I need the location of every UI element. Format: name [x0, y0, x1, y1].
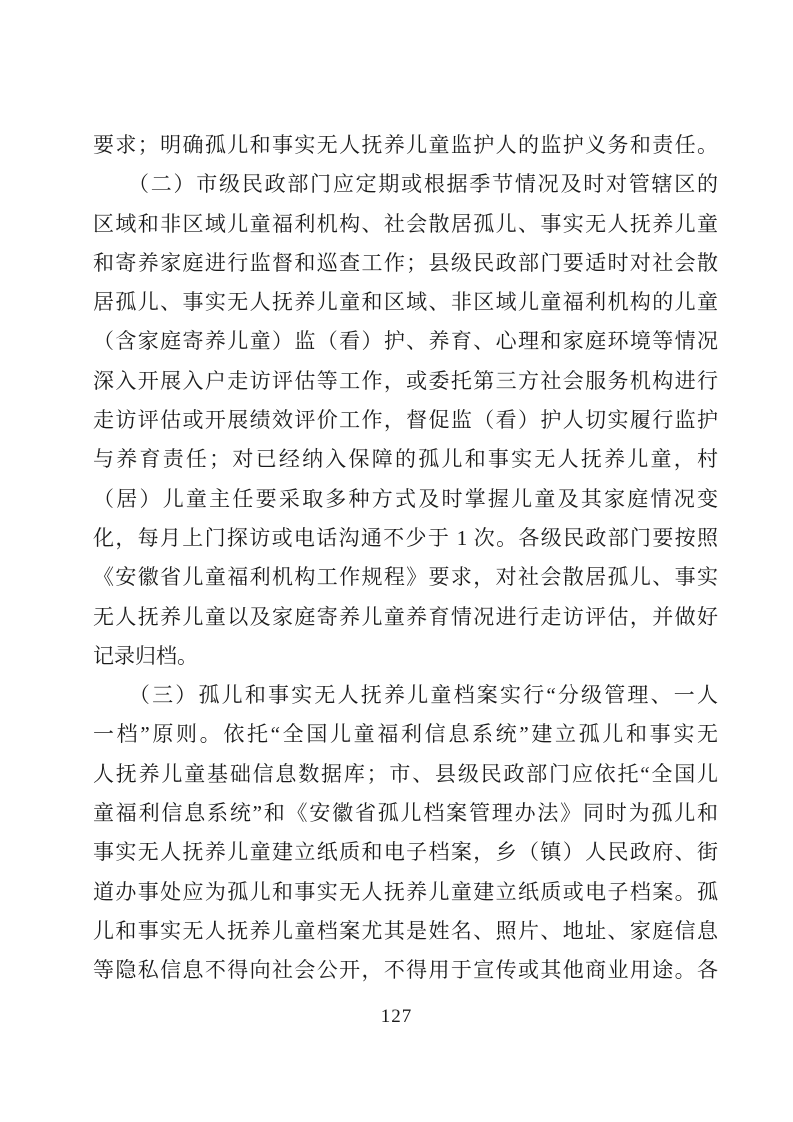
- text-line: （三）孤儿和事实无人抚养儿童档案实行“分级管理、一人: [93, 676, 718, 715]
- text-line: 无人抚养儿童以及家庭寄养儿童养育情况进行走访评估，并做好: [93, 598, 718, 637]
- document-page: 要求；明确孤儿和事实无人抚养儿童监护人的监护义务和责任。 （二）市级民政部门应定…: [0, 0, 793, 1122]
- text-line: 等隐私信息不得向社会公开，不得用于宣传或其他商业用途。各: [93, 951, 718, 990]
- text-line: （居）儿童主任要采取多种方式及时掌握儿童及其家庭情况变: [93, 480, 718, 519]
- text-line: 人抚养儿童基础信息数据库；市、县级民政部门应依托“全国儿: [93, 755, 718, 794]
- text-line: 深入开展入户走访评估等工作，或委托第三方社会服务机构进行: [93, 362, 718, 401]
- text-line: 与养育责任；对已经纳入保障的孤儿和事实无人抚养儿童，村: [93, 440, 718, 479]
- text-line: 事实无人抚养儿童建立纸质和电子档案，乡（镇）人民政府、街: [93, 833, 718, 872]
- text-line: 儿和事实无人抚养儿童档案尤其是姓名、照片、地址、家庭信息: [93, 912, 718, 951]
- page-number: 127: [0, 1006, 793, 1028]
- text-line: 化，每月上门探访或电话沟通不少于 1 次。各级民政部门要按照: [93, 519, 718, 558]
- text-line: 和寄养家庭进行监督和巡查工作；县级民政部门要适时对社会散: [93, 244, 718, 283]
- text-line: 区域和非区域儿童福利机构、社会散居孤儿、事实无人抚养儿童: [93, 205, 718, 244]
- text-line: （含家庭寄养儿童）监（看）护、养育、心理和家庭环境等情况: [93, 322, 718, 361]
- text-line: 童福利信息系统”和《安徽省孤儿档案管理办法》同时为孤儿和: [93, 794, 718, 833]
- text-line: 一档”原则。依托“全国儿童福利信息系统”建立孤儿和事实无: [93, 715, 718, 754]
- text-line: 要求；明确孤儿和事实无人抚养儿童监护人的监护义务和责任。: [93, 126, 718, 165]
- document-body: 要求；明确孤儿和事实无人抚养儿童监护人的监护义务和责任。 （二）市级民政部门应定…: [93, 126, 718, 991]
- text-line: 《安徽省儿童福利机构工作规程》要求，对社会散居孤儿、事实: [93, 558, 718, 597]
- text-line: 道办事处应为孤儿和事实无人抚养儿童建立纸质或电子档案。孤: [93, 873, 718, 912]
- text-line: 居孤儿、事实无人抚养儿童和区域、非区域儿童福利机构的儿童: [93, 283, 718, 322]
- text-line: 走访评估或开展绩效评价工作，督促监（看）护人切实履行监护: [93, 401, 718, 440]
- text-line: （二）市级民政部门应定期或根据季节情况及时对管辖区的: [93, 165, 718, 204]
- text-line: 记录归档。: [93, 637, 718, 676]
